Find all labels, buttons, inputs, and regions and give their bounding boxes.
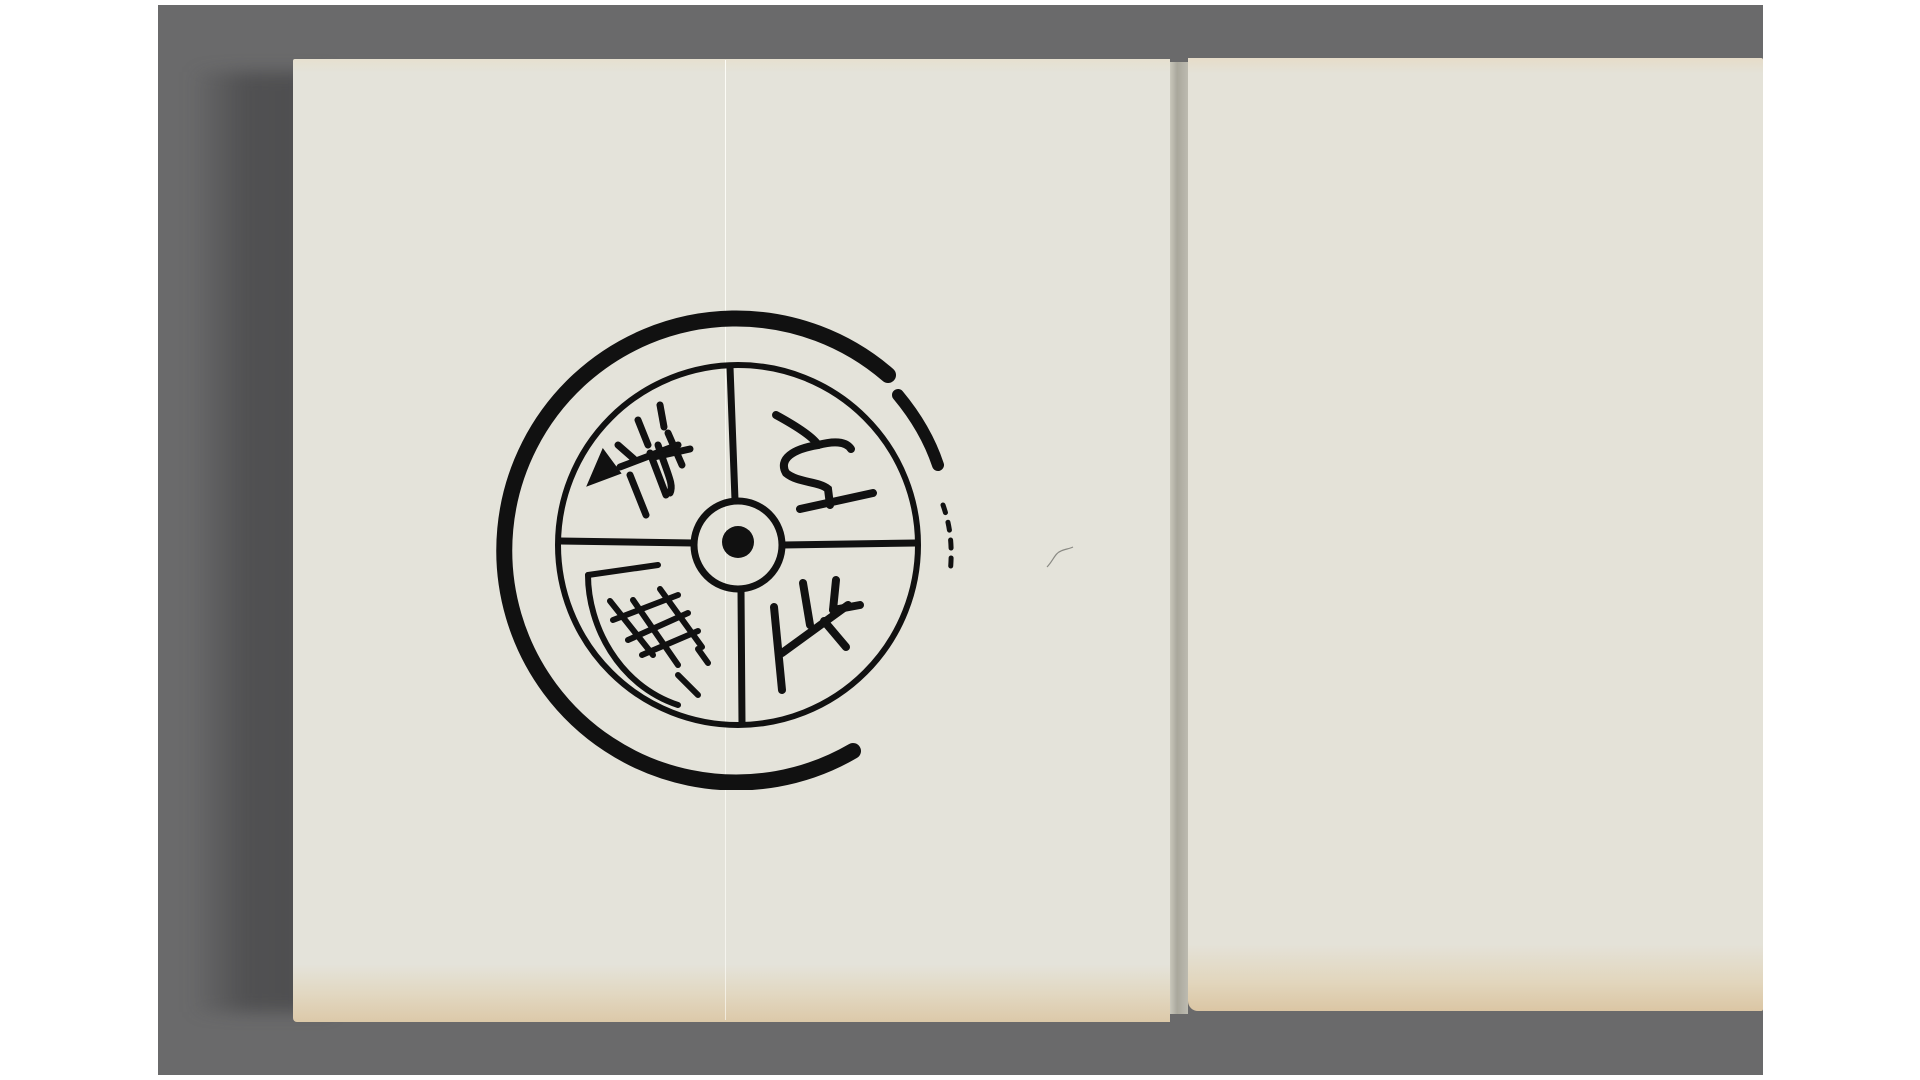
right-page xyxy=(1188,58,1763,1011)
paper-fiber-mark xyxy=(1045,545,1075,569)
center-dot xyxy=(722,526,754,558)
glyph-top-right xyxy=(776,415,873,509)
book-gutter xyxy=(1170,62,1188,1014)
seal-rubbing xyxy=(493,300,983,790)
glyph-bottom-left xyxy=(588,565,708,705)
glyph-bottom-right xyxy=(774,580,860,690)
